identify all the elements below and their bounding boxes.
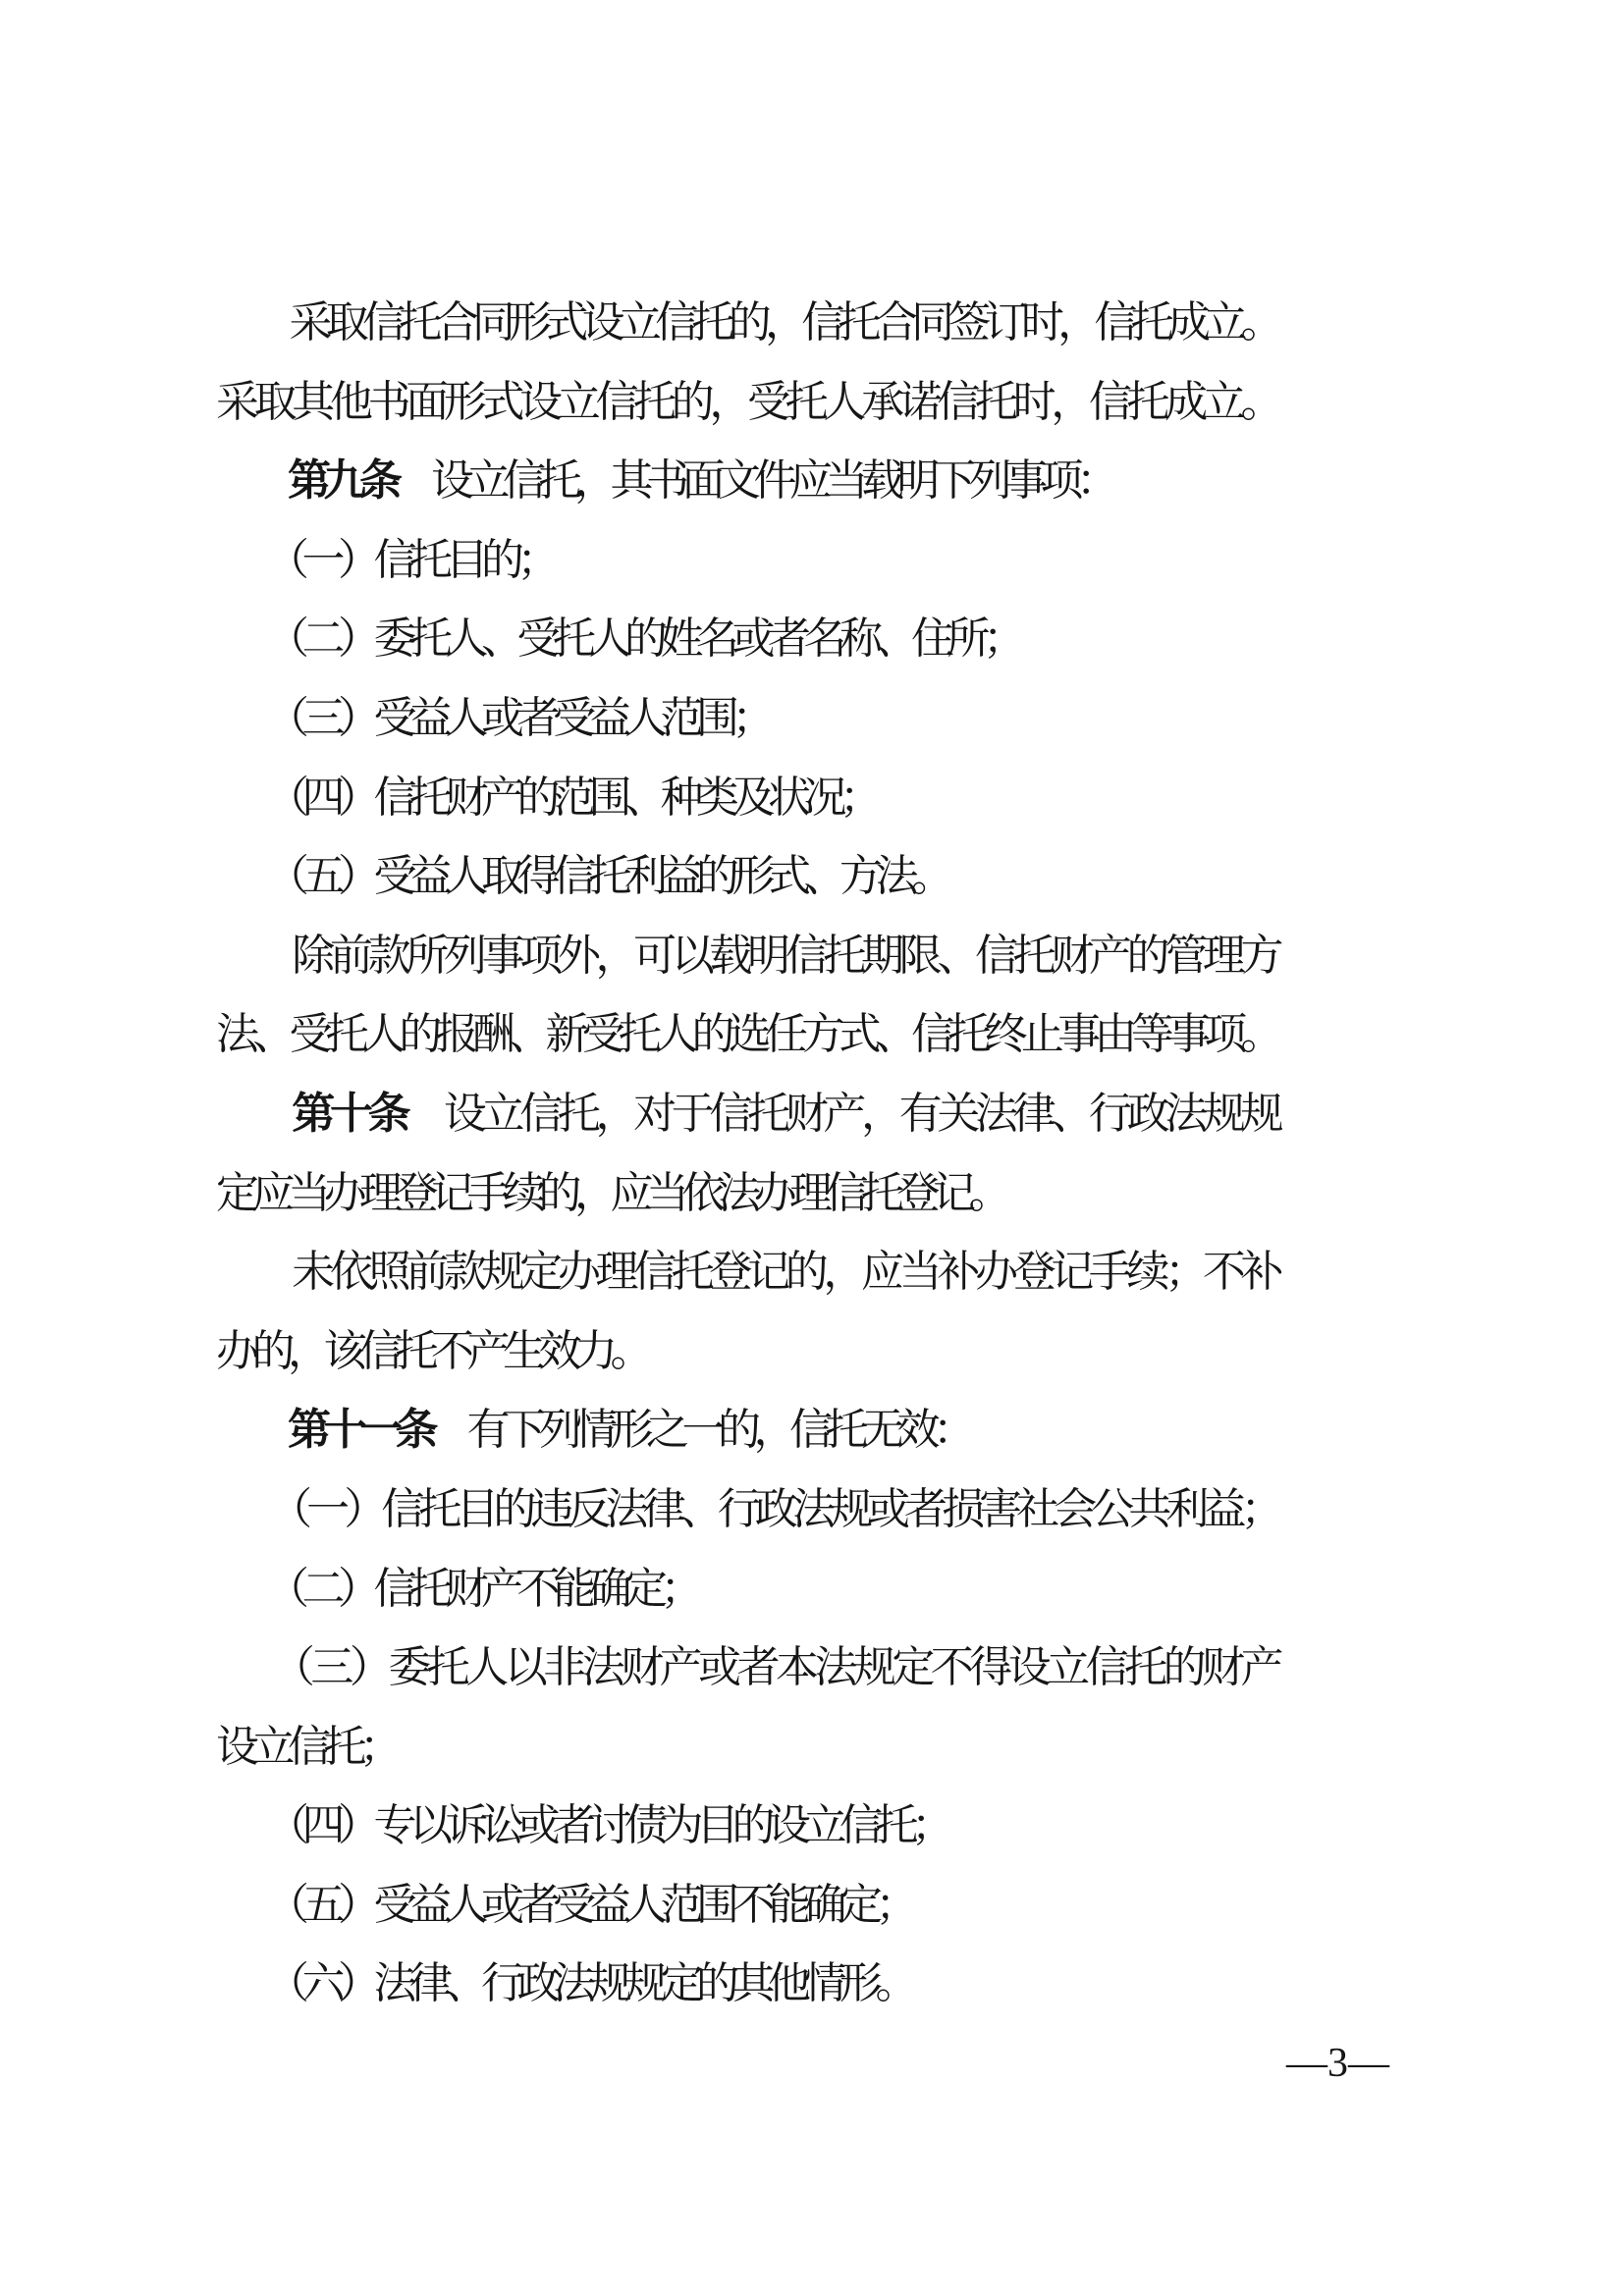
text-segment: （二）委托人、受托人的姓名或者名称、住所； xyxy=(216,614,1019,663)
text-line: （一）信托目的违反法律、行政法规或者损害社会公共利益； xyxy=(216,1470,1276,1550)
text-line: 未依照前款规定办理信托登记的，应当补办登记手续；不补 xyxy=(216,1233,1276,1312)
text-segment: 未依照前款规定办理信托登记的，应当补办登记手续；不补 xyxy=(216,1248,1276,1296)
text-line: 法、受托人的报酬、新受托人的选任方式、信托终止事由等事项。 xyxy=(216,995,1276,1075)
text-segment: 设立信托； xyxy=(216,1723,396,1771)
text-segment: 除前款所列事项外，可以载明信托期限、信托财产的管理方 xyxy=(216,932,1276,980)
text-line: （二）委托人、受托人的姓名或者名称、住所； xyxy=(216,600,1276,679)
article-number: 第十一条 xyxy=(288,1406,431,1454)
article-number: 第九条 xyxy=(288,456,396,505)
text-segment: 采取信托合同形式设立信托的，信托合同签订时，信托成立。 xyxy=(216,298,1276,347)
text-segment: （六）法律、行政法规规定的其他情形。 xyxy=(216,1959,911,2007)
text-line: 采取其他书面形式设立信托的，受托人承诺信托时，信托成立。 xyxy=(216,363,1276,443)
text-segment: （一）信托目的； xyxy=(216,536,553,584)
text-segment: 采取其他书面形式设立信托的，受托人承诺信托时，信托成立。 xyxy=(216,378,1276,426)
text-segment xyxy=(216,1406,288,1454)
page-number: —3— xyxy=(1286,2040,1389,2087)
text-line: 除前款所列事项外，可以载明信托期限、信托财产的管理方 xyxy=(216,917,1276,996)
text-line: 定应当办理登记手续的，应当依法办理信托登记。 xyxy=(216,1154,1276,1234)
text-segment: （四）信托财产的范围、种类及状况； xyxy=(216,774,876,822)
text-line: （二）信托财产不能确定； xyxy=(216,1550,1276,1629)
text-line: 第十一条 有下列情形之一的，信托无效： xyxy=(216,1391,1276,1470)
text-segment: （四）专以诉讼或者讨债为目的设立信托； xyxy=(216,1801,947,1849)
text-line: （三）受益人或者受益人范围； xyxy=(216,679,1276,759)
document-page: 采取信托合同形式设立信托的，信托合同签订时，信托成立。采取其他书面形式设立信托的… xyxy=(0,0,1624,2296)
text-line: （五）受益人取得信托利益的形式、方法。 xyxy=(216,837,1276,917)
text-segment: 办的，该信托不产生效力。 xyxy=(216,1327,646,1375)
text-segment: 设立信托，对于信托财产，有关法律、行政法规规 xyxy=(406,1090,1276,1138)
text-line: 设立信托； xyxy=(216,1708,1276,1788)
text-line: 第九条 设立信托，其书面文件应当载明下列事项： xyxy=(216,442,1276,521)
text-line: （四）专以诉讼或者讨债为目的设立信托； xyxy=(216,1787,1276,1866)
text-line: （三）委托人以非法财产或者本法规定不得设立信托的财产 xyxy=(216,1629,1276,1708)
text-line: （五）受益人或者受益人范围不能确定； xyxy=(216,1866,1276,1946)
text-line: 办的，该信托不产生效力。 xyxy=(216,1312,1276,1392)
text-segment: （五）受益人或者受益人范围不能确定； xyxy=(216,1881,911,1929)
text-segment: 设立信托，其书面文件应当载明下列事项： xyxy=(396,456,1112,505)
text-segment xyxy=(216,456,288,505)
document-body: 采取信托合同形式设立信托的，信托合同签订时，信托成立。采取其他书面形式设立信托的… xyxy=(216,284,1276,2024)
text-segment: （一）信托目的违反法律、行政法规或者损害社会公共利益； xyxy=(216,1485,1276,1533)
text-segment: （三）委托人以非法财产或者本法规定不得设立信托的财产 xyxy=(216,1643,1276,1691)
text-segment xyxy=(216,1090,292,1138)
text-segment: （五）受益人取得信托利益的形式、方法。 xyxy=(216,852,947,900)
text-segment: 定应当办理登记手续的，应当依法办理信托登记。 xyxy=(216,1169,1004,1217)
text-line: 采取信托合同形式设立信托的，信托合同签订时，信托成立。 xyxy=(216,284,1276,363)
text-segment: 法、受托人的报酬、新受托人的选任方式、信托终止事由等事项。 xyxy=(216,1010,1276,1058)
article-number: 第十条 xyxy=(292,1090,406,1138)
text-segment: 有下列情形之一的，信托无效： xyxy=(431,1406,969,1454)
text-line: （一）信托目的； xyxy=(216,521,1276,601)
text-segment: （二）信托财产不能确定； xyxy=(216,1565,696,1613)
text-line: 第十条 设立信托，对于信托财产，有关法律、行政法规规 xyxy=(216,1075,1276,1154)
text-line: （六）法律、行政法规规定的其他情形。 xyxy=(216,1945,1276,2024)
text-line: （四）信托财产的范围、种类及状况； xyxy=(216,759,1276,838)
text-segment: （三）受益人或者受益人范围； xyxy=(216,694,768,742)
